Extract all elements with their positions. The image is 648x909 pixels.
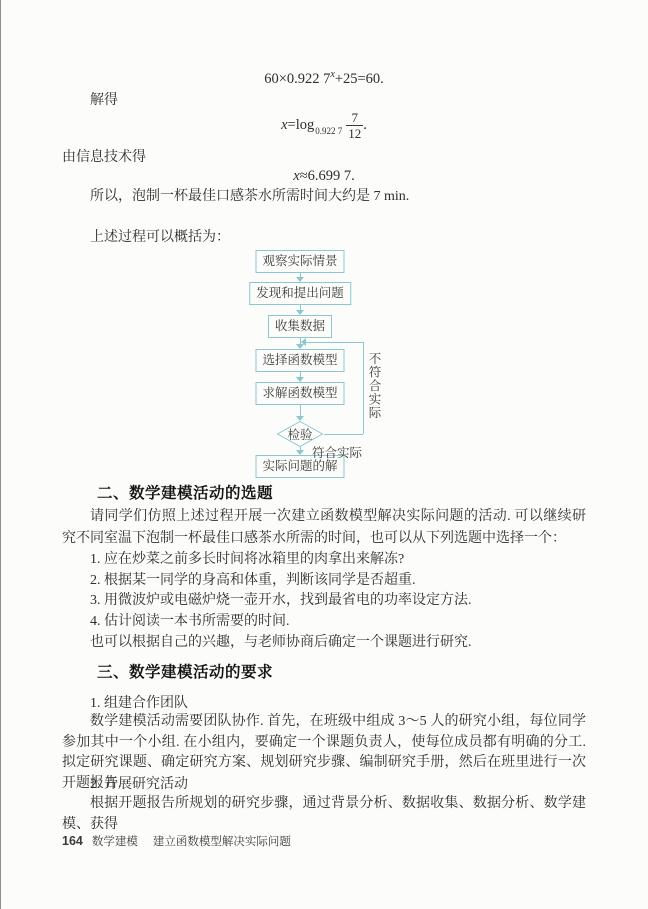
equals-sign: = xyxy=(288,116,296,135)
equation-lhs: 60×0.922 7 xyxy=(264,71,330,87)
tech-label: 由信息技术得 xyxy=(62,149,146,167)
equation-value: ≈6.699 7. xyxy=(300,168,355,184)
feedback-line xyxy=(363,342,364,434)
equation-log-solution: x = log 0.922 7 7 12 . xyxy=(62,110,586,141)
flowchart-step-observe: 观察实际情景 xyxy=(255,250,344,273)
equation-log-inner: x = log 0.922 7 7 12 . xyxy=(281,110,367,141)
footer-section-title: 建立函数模型解决实际问题 xyxy=(153,833,291,849)
section-three-heading: 三、数学建模活动的要求 xyxy=(97,660,273,682)
section-two-outro: 也可以根据自己的兴趣，与老师协商后确定一个课题进行研究. xyxy=(90,634,472,652)
equation-approx-value: x≈6.699 7. xyxy=(62,167,586,186)
modeling-flowchart: 观察实际情景 发现和提出问题 收集数据 选择函数模型 求解函数模型 检验 实际问… xyxy=(0,247,648,485)
summary-lead: 上述过程可以概括为： xyxy=(90,229,230,247)
feedback-line xyxy=(324,434,363,435)
solve-label: 解得 xyxy=(90,92,118,110)
requirement-2-title: 2. 开展研究活动 xyxy=(90,776,188,794)
topic-list: 1. 应在炒菜之前多长时间将冰箱里的肉拿出来解冻? 2. 根据某一同学的身高和体… xyxy=(90,550,472,633)
arrow-down-icon xyxy=(296,377,304,382)
requirement-2-body: 根据开题报告所规划的研究步骤，通过背景分析、数据收集、数据分析、数学建模、获得 xyxy=(62,794,586,835)
conclusion-text: 所以，泡制一杯最佳口感茶水所需时间大约是 7 min. xyxy=(90,188,409,206)
fraction-denominator: 12 xyxy=(346,125,363,141)
arrow-left-icon xyxy=(301,338,306,346)
log-function: log xyxy=(296,116,315,135)
arrow-down-icon xyxy=(296,277,304,282)
topic-item-4: 4. 估计阅读一本书所需要的时间. xyxy=(90,612,472,633)
flowchart-step-collect-data: 收集数据 xyxy=(268,315,332,338)
page-footer: 164 数学建模 建立函数模型解决实际问题 xyxy=(62,833,291,849)
flowchart-step-raise-question: 发现和提出问题 xyxy=(249,282,351,305)
section-two-heading: 二、数学建模活动的选题 xyxy=(97,481,273,503)
topic-item-1: 1. 应在炒菜之前多长时间将冰箱里的肉拿出来解冻? xyxy=(90,550,472,571)
topic-item-3: 3. 用微波炉或电磁炉烧一壶开水，找到最省电的功率设定方法. xyxy=(90,591,472,612)
equation-cooling-model: 60×0.922 7x+25=60. xyxy=(62,65,586,89)
flowchart-step-solve-model: 求解函数模型 xyxy=(255,382,344,405)
requirement-1-title: 1. 组建合作团队 xyxy=(90,695,188,713)
arrow-down-icon xyxy=(296,310,304,315)
label-not-fit-reality: 不符合实际 xyxy=(365,352,383,420)
label-fit-reality: 符合实际 xyxy=(312,443,362,461)
fraction-numerator: 7 xyxy=(346,110,363,125)
topic-item-2: 2. 根据某一同学的身高和体重，判断该同学是否超重. xyxy=(90,571,472,592)
page-number: 164 xyxy=(62,834,83,848)
textbook-page: 60×0.922 7x+25=60. 解得 x = log 0.922 7 7 … xyxy=(0,0,648,909)
footer-chapter: 数学建模 xyxy=(92,833,138,849)
equation-rhs: +25=60. xyxy=(335,71,384,87)
flowchart-step-select-model: 选择函数模型 xyxy=(255,349,344,372)
fraction: 7 12 xyxy=(346,110,363,141)
equation-period: . xyxy=(363,116,367,135)
log-base: 0.922 7 xyxy=(315,122,342,141)
section-two-intro: 请同学们仿照上述过程开展一次建立函数模型解决实际问题的活动. 可以继续研究不同室… xyxy=(62,506,586,549)
feedback-line xyxy=(305,342,363,343)
